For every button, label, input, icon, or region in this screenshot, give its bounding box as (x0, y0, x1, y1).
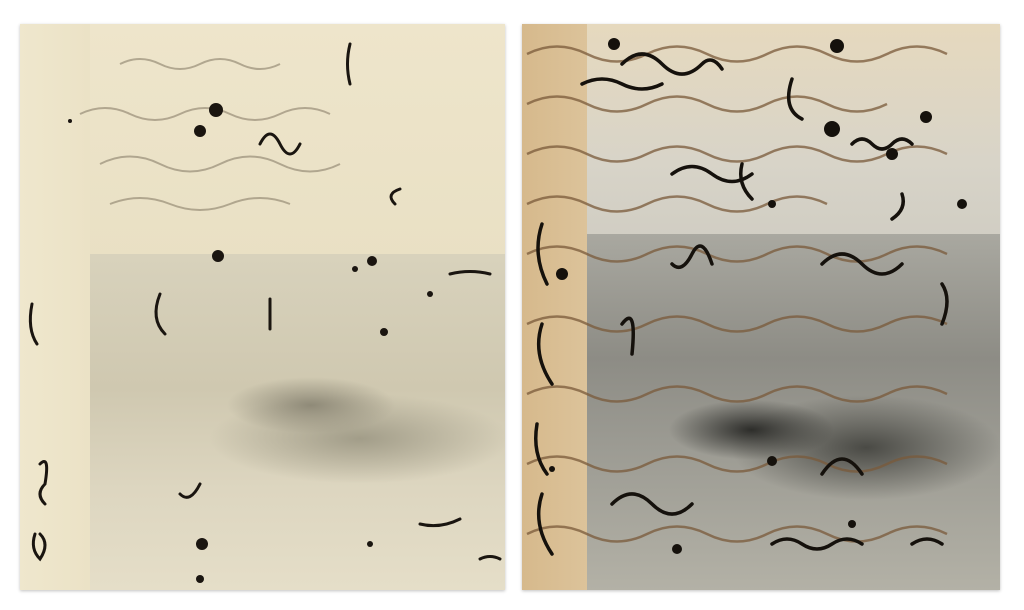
left-photograph-panel (20, 24, 505, 590)
ink-calligraphy-overlay (20, 24, 505, 590)
right-photograph-panel (522, 24, 1000, 590)
ink-calligraphy-overlay (522, 24, 1000, 590)
